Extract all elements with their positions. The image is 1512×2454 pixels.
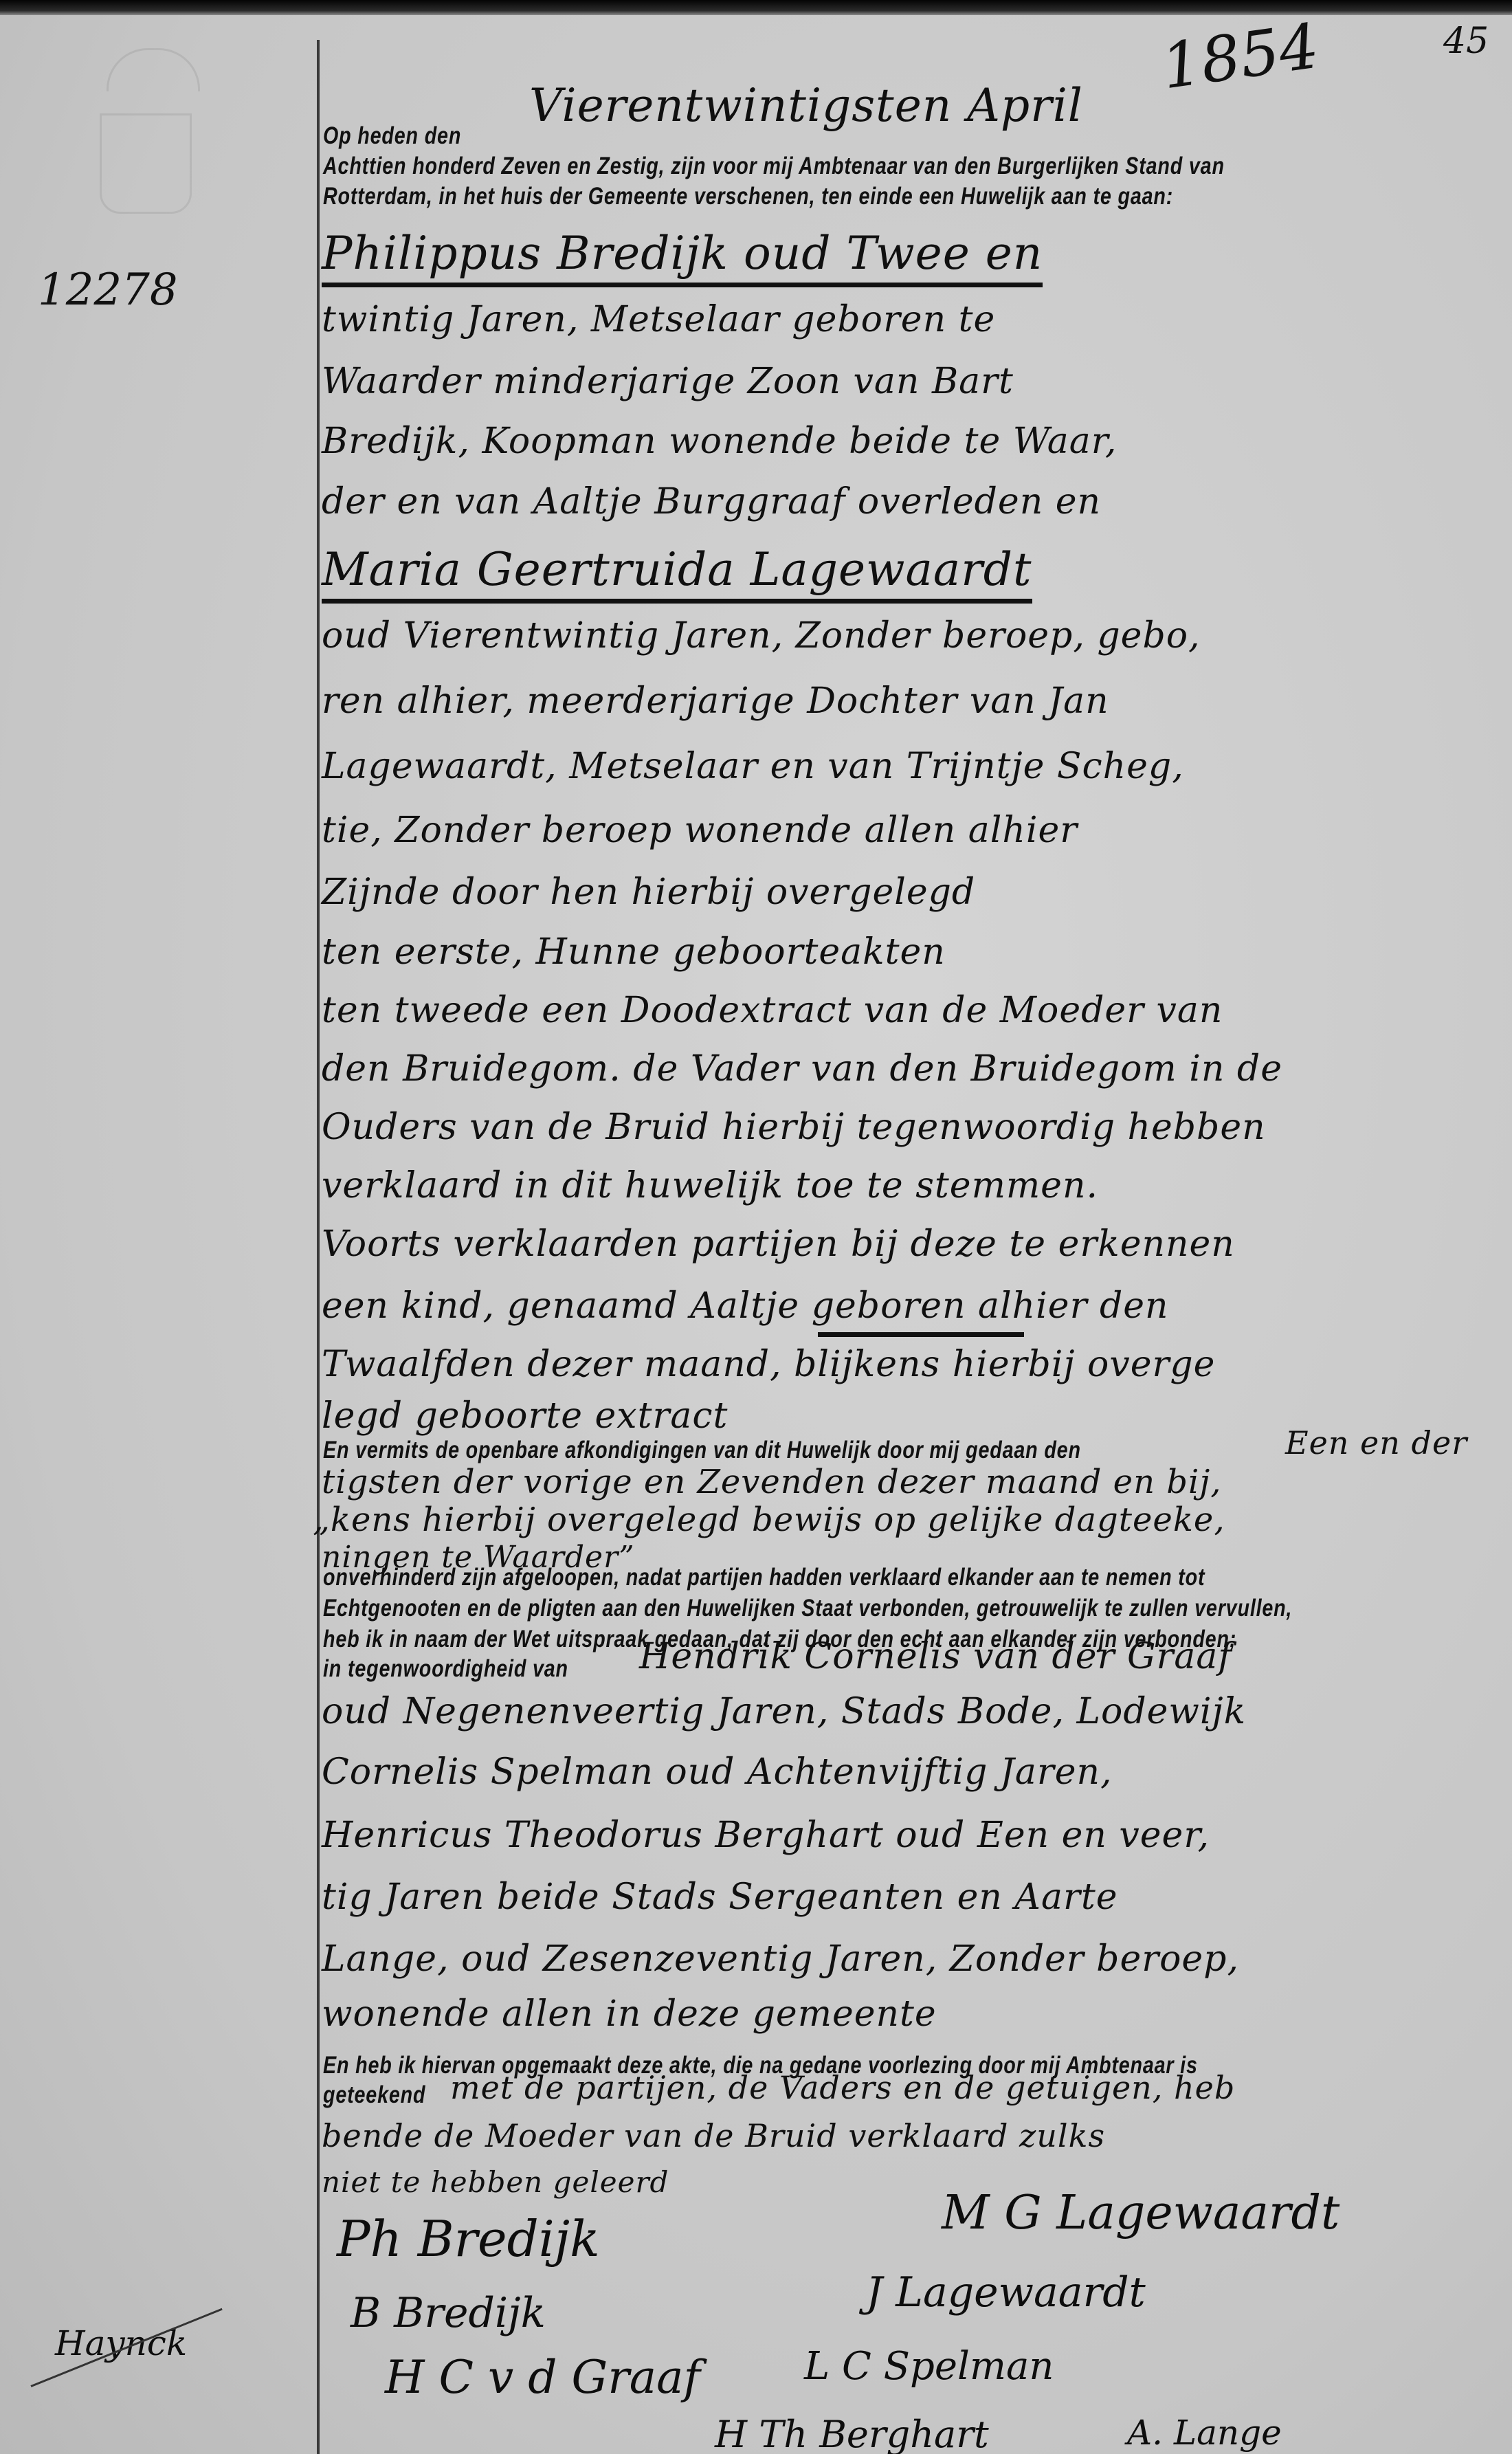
handwritten-line: ren alhier, meerderjarige Dochter van Ja… xyxy=(322,681,1109,722)
handwritten-line: Voorts verklaarden partijen bij deze te … xyxy=(322,1224,1235,1265)
signature: M G Lagewaardt xyxy=(942,2186,1339,2240)
handwritten-line: Ouders van de Bruid hierbij tegenwoordig… xyxy=(322,1107,1266,1148)
handwritten-line: Bredijk, Koopman wonende beide te Waar, xyxy=(322,421,1117,462)
handwritten-line: tig Jaren beide Stads Sergeanten en Aart… xyxy=(322,1877,1118,1918)
scan-top-edge xyxy=(0,0,1512,15)
signature: H C v d Graaf xyxy=(385,2351,700,2404)
signature: H Th Berghart xyxy=(715,2413,989,2454)
top-annotation: 1854 xyxy=(1157,10,1323,104)
document-page: 12278 1854 45 Op heden den Vierentwintig… xyxy=(0,0,1512,2454)
printed-line: Achttien honderd Zeven en Zestig, zijn v… xyxy=(323,153,1225,180)
margin-rule xyxy=(317,40,320,2454)
handwritten-line: oud Vierentwintig Jaren, Zonder beroep, … xyxy=(322,615,1201,656)
printed-line: geteekend xyxy=(323,2081,425,2109)
printed-line: En vermits de openbare afkondigingen van… xyxy=(323,1437,1081,1464)
handwritten-line: Henricus Theodorus Berghart oud Een en v… xyxy=(322,1815,1210,1856)
embossed-seal-icon xyxy=(100,48,203,213)
handwritten-line: verklaard in dit huwelijk toe te stemmen… xyxy=(322,1165,1098,1206)
handwritten-line: Waarder minderjarige Zoon van Bart xyxy=(322,361,1014,402)
handwritten-line: ten eerste, Hunne geboorteakten xyxy=(322,931,946,973)
groom-name: Philippus Bredijk oud Twee en xyxy=(322,227,1043,280)
groom-name-text: Philippus Bredijk oud Twee en xyxy=(322,227,1043,287)
handwritten-fill: Een en der xyxy=(1285,1424,1467,1461)
handwritten-line: Twaalfden dezer maand, blijkens hierbij … xyxy=(322,1344,1215,1385)
printed-line: in tegenwoordigheid van xyxy=(323,1655,568,1683)
printed-line: Op heden den xyxy=(323,122,461,150)
handwritten-line: Lagewaardt, Metselaar en van Trijntje Sc… xyxy=(322,746,1184,787)
signature: Ph Bredijk xyxy=(337,2210,600,2268)
signature: B Bredijk xyxy=(351,2289,546,2337)
handwritten-line: legd geboorte extract xyxy=(322,1395,728,1437)
handwritten-line: twintig Jaren, Metselaar geboren te xyxy=(322,299,995,340)
handwritten-line: den Bruidegom. de Vader van den Bruidego… xyxy=(322,1048,1282,1090)
handwritten-line: tigsten der vorige en Zevenden dezer maa… xyxy=(322,1463,1221,1501)
handwritten-line: Lange, oud Zesenzeventig Jaren, Zonder b… xyxy=(322,1938,1239,1980)
handwritten-line: der en van Aaltje Burggraaf overleden en xyxy=(322,481,1101,522)
bride-name: Maria Geertruida Lagewaardt xyxy=(322,543,1032,596)
handwritten-line: oud Negenenveertig Jaren, Stads Bode, Lo… xyxy=(322,1691,1246,1732)
handwritten-line: tie, Zonder beroep wonende allen alhier xyxy=(322,810,1078,851)
handwritten-line: ten tweede een Doodextract van de Moeder… xyxy=(322,990,1223,1031)
folio-number: 45 xyxy=(1443,21,1489,62)
printed-line: Rotterdam, in het huis der Gemeente vers… xyxy=(323,183,1173,210)
witness-name: Hendrik Cornelis van der Graaf xyxy=(639,1636,1232,1677)
shield-icon xyxy=(100,113,192,214)
child-name-underline xyxy=(818,1332,1024,1337)
handwritten-line: „kens hierbij overgelegd bewijs op gelij… xyxy=(313,1501,1225,1539)
signature: L C Spelman xyxy=(804,2344,1054,2389)
handwritten-line: bende de Moeder van de Bruid verklaard z… xyxy=(322,2117,1105,2154)
bride-name-text: Maria Geertruida Lagewaardt xyxy=(322,543,1032,604)
printed-line: Echtgenooten en de pligten aan den Huwel… xyxy=(323,1595,1292,1622)
child-line: een kind, genaamd Aaltje geboren alhier … xyxy=(322,1285,1169,1327)
signature: J Lagewaardt xyxy=(866,2268,1146,2317)
date-handwritten: Vierentwintigsten April xyxy=(529,79,1083,132)
printed-line: onverhinderd zijn afgeloopen, nadat part… xyxy=(323,1564,1205,1591)
handwritten-line: wonende allen in deze gemeente xyxy=(322,1993,937,2035)
crown-icon xyxy=(107,48,200,91)
signature: A. Lange xyxy=(1127,2413,1282,2453)
handwritten-line: Cornelis Spelman oud Achtenvijftig Jaren… xyxy=(322,1751,1113,1793)
register-number: 12278 xyxy=(38,265,178,316)
handwritten-fill: met de partijen, de Vaders en de getuige… xyxy=(450,2069,1235,2106)
handwritten-line: niet te hebben geleerd xyxy=(322,2165,669,2199)
handwritten-line: Zijnde door hen hierbij overgelegd xyxy=(322,872,975,913)
